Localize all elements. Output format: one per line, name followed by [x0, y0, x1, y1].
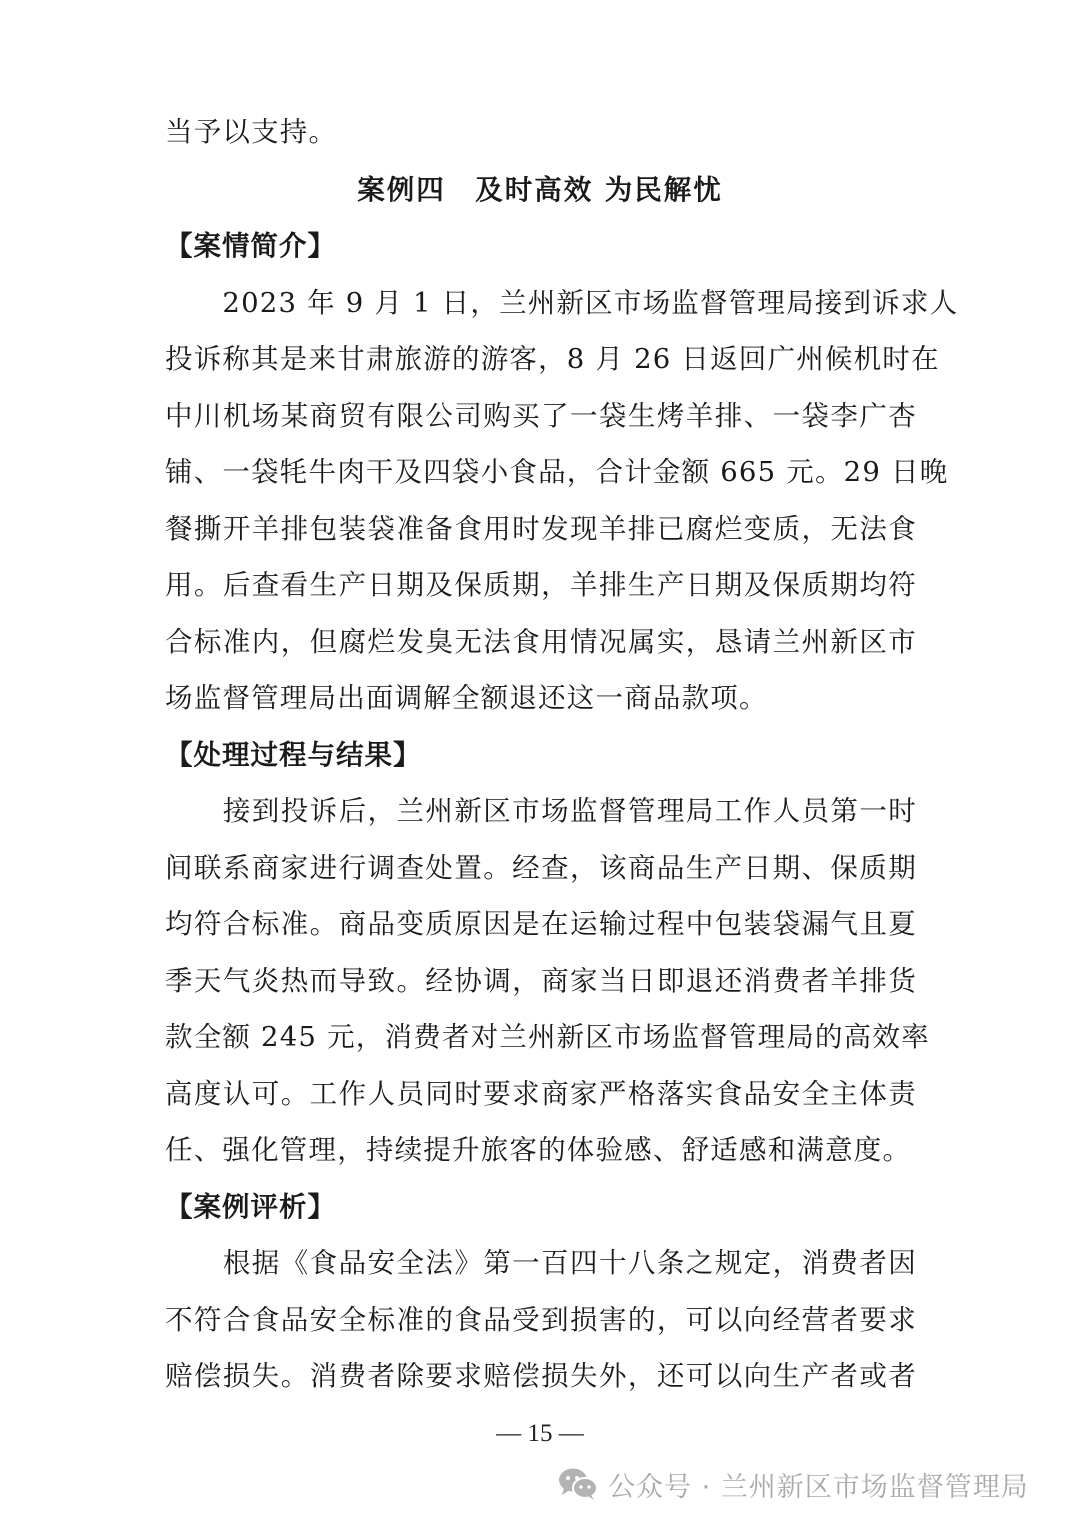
paragraph-line: 款全额 245 元，消费者对兰州新区市场监督管理局的高效率: [165, 1017, 917, 1057]
page-number: — 15 —: [0, 1416, 1080, 1452]
carryover-line: 当予以支持。: [165, 112, 917, 152]
paragraph-line: 季天气炎热而导致。经协调，商家当日即退还消费者羊排货: [165, 961, 917, 1001]
wechat-icon: [558, 1467, 598, 1501]
document-page: 当予以支持。 案例四 及时高效 为民解忧 【案情简介】 2023 年 9 月 1…: [0, 0, 1080, 1527]
paragraph-line: 餐撕开羊排包装袋准备食用时发现羊排已腐烂变质，无法食: [165, 509, 917, 549]
paragraph-line: 用。后查看生产日期及保质期，羊排生产日期及保质期均符: [165, 565, 917, 605]
case-title: 案例四 及时高效 为民解忧: [0, 170, 1080, 210]
paragraph-line: 赔偿损失。消费者除要求赔偿损失外，还可以向生产者或者: [165, 1356, 917, 1396]
paragraph-line: 2023 年 9 月 1 日，兰州新区市场监督管理局接到诉求人: [165, 283, 917, 323]
paragraph-line: 铺、一袋牦牛肉干及四袋小食品，合计金额 665 元。29 日晚: [165, 452, 917, 492]
paragraph-line: 投诉称其是来甘肃旅游的游客，8 月 26 日返回广州候机时在: [165, 339, 917, 379]
paragraph-line: 场监督管理局出面调解全额退还这一商品款项。: [165, 678, 917, 718]
section-heading-case-summary: 【案情简介】: [165, 226, 336, 266]
paragraph-line: 接到投诉后，兰州新区市场监督管理局工作人员第一时: [165, 791, 917, 831]
paragraph-line: 中川机场某商贸有限公司购买了一袋生烤羊排、一袋李广杏: [165, 396, 917, 436]
paragraph-line: 合标准内，但腐烂发臭无法食用情况属实，恳请兰州新区市: [165, 622, 917, 662]
section-heading-process-result: 【处理过程与结果】: [165, 735, 422, 775]
paragraph-line: 任、强化管理，持续提升旅客的体验感、舒适感和满意度。: [165, 1130, 917, 1170]
paragraph-line: 间联系商家进行调查处置。经查，该商品生产日期、保质期: [165, 848, 917, 888]
paragraph-line: 高度认可。工作人员同时要求商家严格落实食品安全主体责: [165, 1074, 917, 1114]
paragraph-line: 不符合食品安全标准的食品受到损害的，可以向经营者要求: [165, 1300, 917, 1340]
watermark-text: 公众号 · 兰州新区市场监督管理局: [608, 1465, 1029, 1504]
section-heading-case-analysis: 【案例评析】: [165, 1187, 336, 1227]
wechat-watermark: 公众号 · 兰州新区市场监督管理局: [558, 1462, 1029, 1506]
paragraph-line: 根据《食品安全法》第一百四十八条之规定，消费者因: [165, 1243, 917, 1283]
paragraph-line: 均符合标准。商品变质原因是在运输过程中包装袋漏气且夏: [165, 904, 917, 944]
